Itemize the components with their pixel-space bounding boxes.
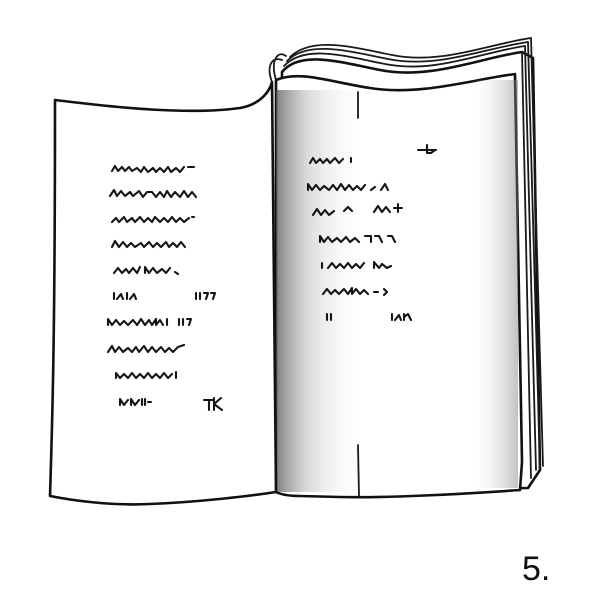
figure-number: 5. <box>522 552 550 586</box>
left-page <box>50 82 276 504</box>
right-page <box>274 54 522 497</box>
open-book-illustration <box>0 0 598 608</box>
